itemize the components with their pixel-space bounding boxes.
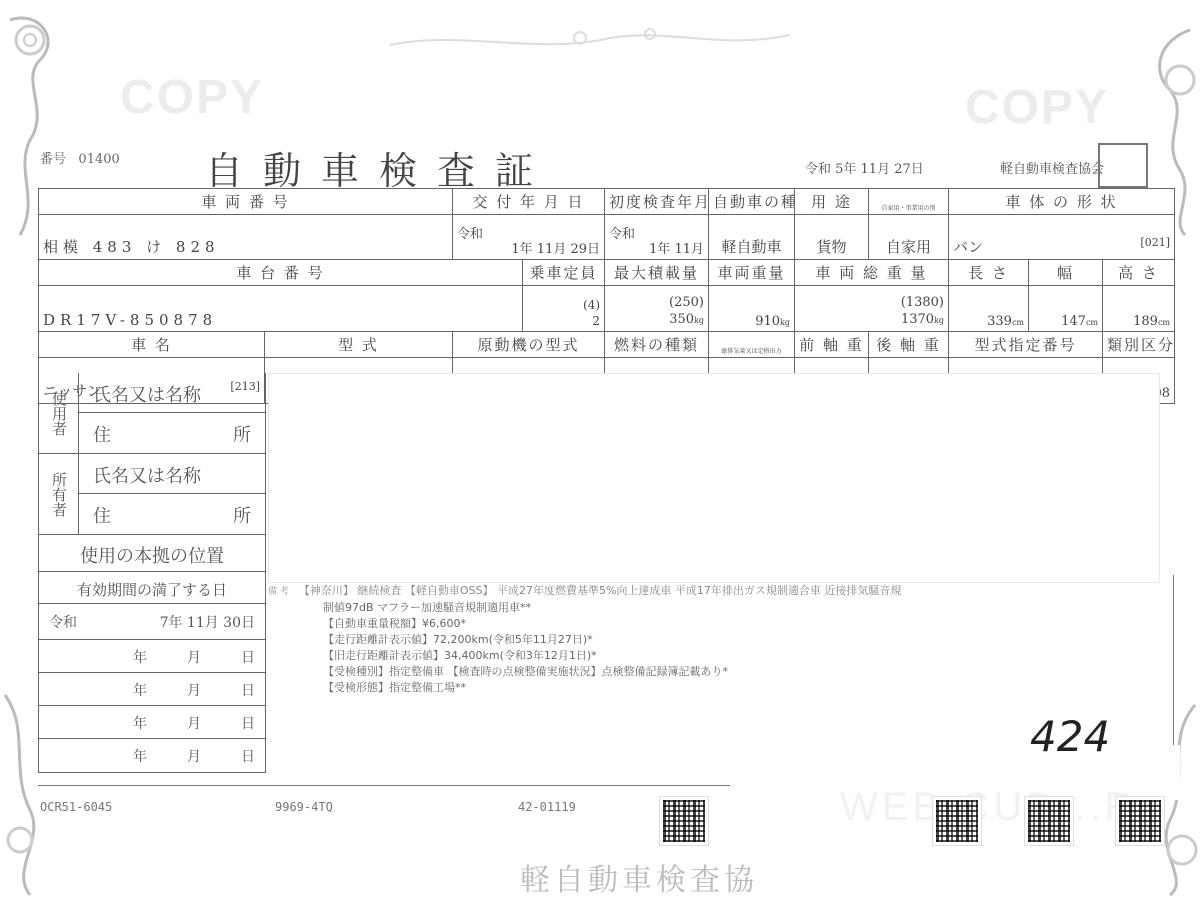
name-label: 氏名又は名称 bbox=[93, 462, 201, 485]
name-label: 氏名又は名称 bbox=[93, 381, 201, 404]
blank-date-row: 年月日 bbox=[39, 739, 265, 772]
chassis-number: DR17V-850878 bbox=[39, 286, 523, 332]
header-length: 長 さ bbox=[949, 260, 1029, 286]
header-issue-date: 交 付 年 月 日 bbox=[453, 189, 605, 215]
qr-code-icon bbox=[1116, 797, 1164, 845]
user-address-label: 住所 bbox=[79, 413, 265, 453]
first-registration-value: 1年 11月 bbox=[609, 242, 704, 257]
max-load-cell: (250) 350kg bbox=[605, 286, 709, 332]
day-label: 日 bbox=[241, 647, 255, 665]
max-load: 350 bbox=[669, 312, 694, 327]
gross-weight: 1370 bbox=[901, 312, 934, 327]
issue-date-cell: 令和 1年 11月 29日 bbox=[453, 215, 605, 260]
header-vehicle-weight: 車両重量 bbox=[709, 260, 795, 286]
document-number-value: 01400 bbox=[78, 152, 119, 167]
header-make: 車 名 bbox=[39, 332, 265, 358]
unit-kg: kg bbox=[934, 316, 944, 325]
unit-cm: cm bbox=[1086, 318, 1098, 327]
usage: 貨物 bbox=[795, 215, 869, 260]
header-vehicle-number: 車 両 番 号 bbox=[39, 189, 453, 215]
footer-association: 軽自動車検査協 bbox=[520, 855, 758, 899]
header-rear-axle: 後 軸 重 bbox=[869, 332, 949, 358]
remarks-line: 【走行距離計表示値】72,200km(令和5年11月27日)* bbox=[268, 632, 1174, 648]
user-label: 使用者 bbox=[39, 373, 79, 453]
address-label-b: 所 bbox=[233, 502, 251, 526]
frame-line bbox=[38, 785, 730, 786]
height: 189 bbox=[1133, 314, 1158, 329]
width-cell: 147cm bbox=[1029, 286, 1103, 332]
remarks-line: 【旧走行距離計表示値】34,400km(令和3年12月1日)* bbox=[268, 648, 1174, 664]
capacity-cell: (4) 2 bbox=[523, 286, 605, 332]
issuer-name: 軽自動車検査協会 bbox=[1000, 158, 1104, 177]
header-body-shape: 車 体 の 形 状 bbox=[949, 189, 1175, 215]
year-label: 年 bbox=[133, 746, 147, 765]
body-shape: バン bbox=[953, 238, 983, 256]
footer-code-serial: 42-01119 bbox=[518, 800, 576, 814]
issue-date-value: 1年 11月 29日 bbox=[457, 242, 600, 257]
expiry-label: 有効期間の満了する日 bbox=[39, 572, 265, 604]
length: 339 bbox=[987, 314, 1012, 329]
owner-address-label: 住所 bbox=[79, 494, 265, 534]
copy-watermark: COPY bbox=[965, 80, 1109, 135]
remarks-line: 【神奈川】 継続検査 【軽自動車OSS】 平成27年度燃費基準5%向上達成車 平… bbox=[299, 584, 902, 597]
gross-weight-cell: (1380) 1370kg bbox=[795, 286, 949, 332]
qr-code-icon bbox=[933, 797, 981, 845]
owner-section: 所有者 氏名又は名称 住所 bbox=[39, 454, 265, 535]
month-label: 月 bbox=[187, 647, 201, 665]
address-label-a: 住 bbox=[93, 502, 111, 526]
expiry-date-row: 令和 7年 11月 30日 bbox=[39, 604, 265, 640]
width: 147 bbox=[1061, 314, 1086, 329]
base-location-label: 使用の本拠の位置 bbox=[39, 535, 265, 572]
month-label: 月 bbox=[187, 746, 201, 765]
handwritten-note: 424 bbox=[1030, 712, 1110, 761]
qr-code-icon bbox=[1025, 797, 1073, 845]
unit-cm: cm bbox=[1012, 318, 1024, 327]
remarks-line: 【受検種別】指定整備車 【検査時の点検整備実施状況】点検整備記録簿記載あり* bbox=[268, 664, 1174, 680]
body-shape-code: [021] bbox=[1140, 236, 1170, 249]
address-label-a: 住 bbox=[93, 421, 111, 445]
header-displacement: 総排気量又は定格出力 bbox=[709, 332, 795, 358]
owner-label: 所有者 bbox=[39, 454, 79, 534]
body-shape-cell: バン [021] bbox=[949, 215, 1175, 260]
unit-kg: kg bbox=[694, 316, 704, 325]
unit-kg: kg bbox=[780, 318, 790, 327]
capacity-alt: (4) bbox=[527, 297, 600, 313]
vehicle-number: 相模 483 け 828 bbox=[39, 215, 453, 260]
remarks-line: 【受検形態】指定整備工場** bbox=[268, 680, 1174, 696]
vehicle-weight: 910 bbox=[755, 314, 780, 329]
max-load-alt: (250) bbox=[609, 294, 704, 311]
header-private-business: 自家用・事業用の別 bbox=[869, 189, 949, 215]
header-category-number: 類別区分番号 bbox=[1103, 332, 1175, 358]
remarks-line: 【自動車重量税額】¥6,600* bbox=[268, 616, 1174, 632]
header-usage: 用 途 bbox=[795, 189, 869, 215]
remarks-section: 備 考【神奈川】 継続検査 【軽自動車OSS】 平成27年度燃費基準5%向上達成… bbox=[268, 583, 1174, 696]
header-height: 高 さ bbox=[1103, 260, 1175, 286]
vehicle-weight-cell: 910kg bbox=[709, 286, 795, 332]
header-type-designation: 型式指定番号 bbox=[949, 332, 1103, 358]
header-capacity: 乗車定員 bbox=[523, 260, 605, 286]
blank-date-row: 年月日 bbox=[39, 640, 265, 673]
header-front-axle: 前 軸 重 bbox=[795, 332, 869, 358]
day-label: 日 bbox=[241, 713, 255, 731]
expiry-era: 令和 bbox=[49, 612, 77, 631]
redacted-area bbox=[268, 373, 1160, 583]
day-label: 日 bbox=[241, 680, 255, 698]
document-number: 番号 01400 bbox=[40, 148, 120, 167]
year-label: 年 bbox=[133, 680, 147, 698]
private-business: 自家用 bbox=[869, 215, 949, 260]
owner-name-label: 氏名又は名称 bbox=[79, 454, 265, 494]
copy-watermark: COPY bbox=[120, 70, 264, 125]
header-fuel: 燃料の種類 bbox=[605, 332, 709, 358]
blank-date-row: 年月日 bbox=[39, 673, 265, 706]
user-section: 使用者 氏名又は名称 住所 bbox=[39, 373, 265, 454]
header-vehicle-class: 自動車の種別 bbox=[709, 189, 795, 215]
header-model: 型 式 bbox=[265, 332, 453, 358]
user-name-label: 氏名又は名称 bbox=[79, 373, 265, 413]
year-label: 年 bbox=[133, 647, 147, 665]
first-registration-era: 令和 bbox=[609, 227, 704, 242]
first-registration-cell: 令和 1年 11月 bbox=[605, 215, 709, 260]
qr-code-icon bbox=[660, 797, 708, 845]
day-label: 日 bbox=[241, 746, 255, 765]
address-label-b: 所 bbox=[233, 421, 251, 445]
footer-code-ocr: OCR51-6045 bbox=[40, 800, 112, 814]
header-first-registration: 初度検査年月 bbox=[605, 189, 709, 215]
header-gross-weight: 車 両 総 重 量 bbox=[795, 260, 949, 286]
length-cell: 339cm bbox=[949, 286, 1029, 332]
issue-era: 令和 bbox=[457, 227, 600, 242]
remarks-line: 制値97dB マフラー加速騒音規制適用車** bbox=[268, 600, 1174, 616]
header-width: 幅 bbox=[1029, 260, 1103, 286]
year-label: 年 bbox=[133, 713, 147, 731]
capacity: 2 bbox=[527, 313, 600, 329]
expiry-date: 7年 11月 30日 bbox=[160, 612, 255, 631]
party-section: 使用者 氏名又は名称 住所 所有者 氏名又は名称 住所 使用の本拠の位置 有効期… bbox=[38, 373, 266, 773]
certificate-table: 車 両 番 号 交 付 年 月 日 初度検査年月 自動車の種別 用 途 自家用・… bbox=[38, 188, 1175, 404]
header-ornament-icon bbox=[380, 20, 800, 60]
header-max-load: 最大積載量 bbox=[605, 260, 709, 286]
issue-date: 令和 5年 11月 27日 bbox=[805, 158, 924, 177]
vehicle-class: 軽自動車 bbox=[709, 215, 795, 260]
web-watermark: WEB-CUD...R bbox=[840, 785, 1137, 830]
remarks-label: 備 考 bbox=[268, 587, 289, 597]
gross-weight-alt: (1380) bbox=[799, 294, 944, 311]
footer-code-form: 9969-4TQ bbox=[275, 800, 333, 814]
page-title: 自動車検査証 bbox=[205, 140, 553, 195]
header-engine-model: 原動機の型式 bbox=[453, 332, 605, 358]
month-label: 月 bbox=[187, 713, 201, 731]
blank-date-row: 年月日 bbox=[39, 706, 265, 739]
official-seal-icon bbox=[1098, 143, 1148, 188]
height-cell: 189cm bbox=[1103, 286, 1175, 332]
unit-cm: cm bbox=[1158, 318, 1170, 327]
month-label: 月 bbox=[187, 680, 201, 698]
header-chassis-number: 車 台 番 号 bbox=[39, 260, 523, 286]
document-number-label: 番号 bbox=[40, 152, 66, 167]
